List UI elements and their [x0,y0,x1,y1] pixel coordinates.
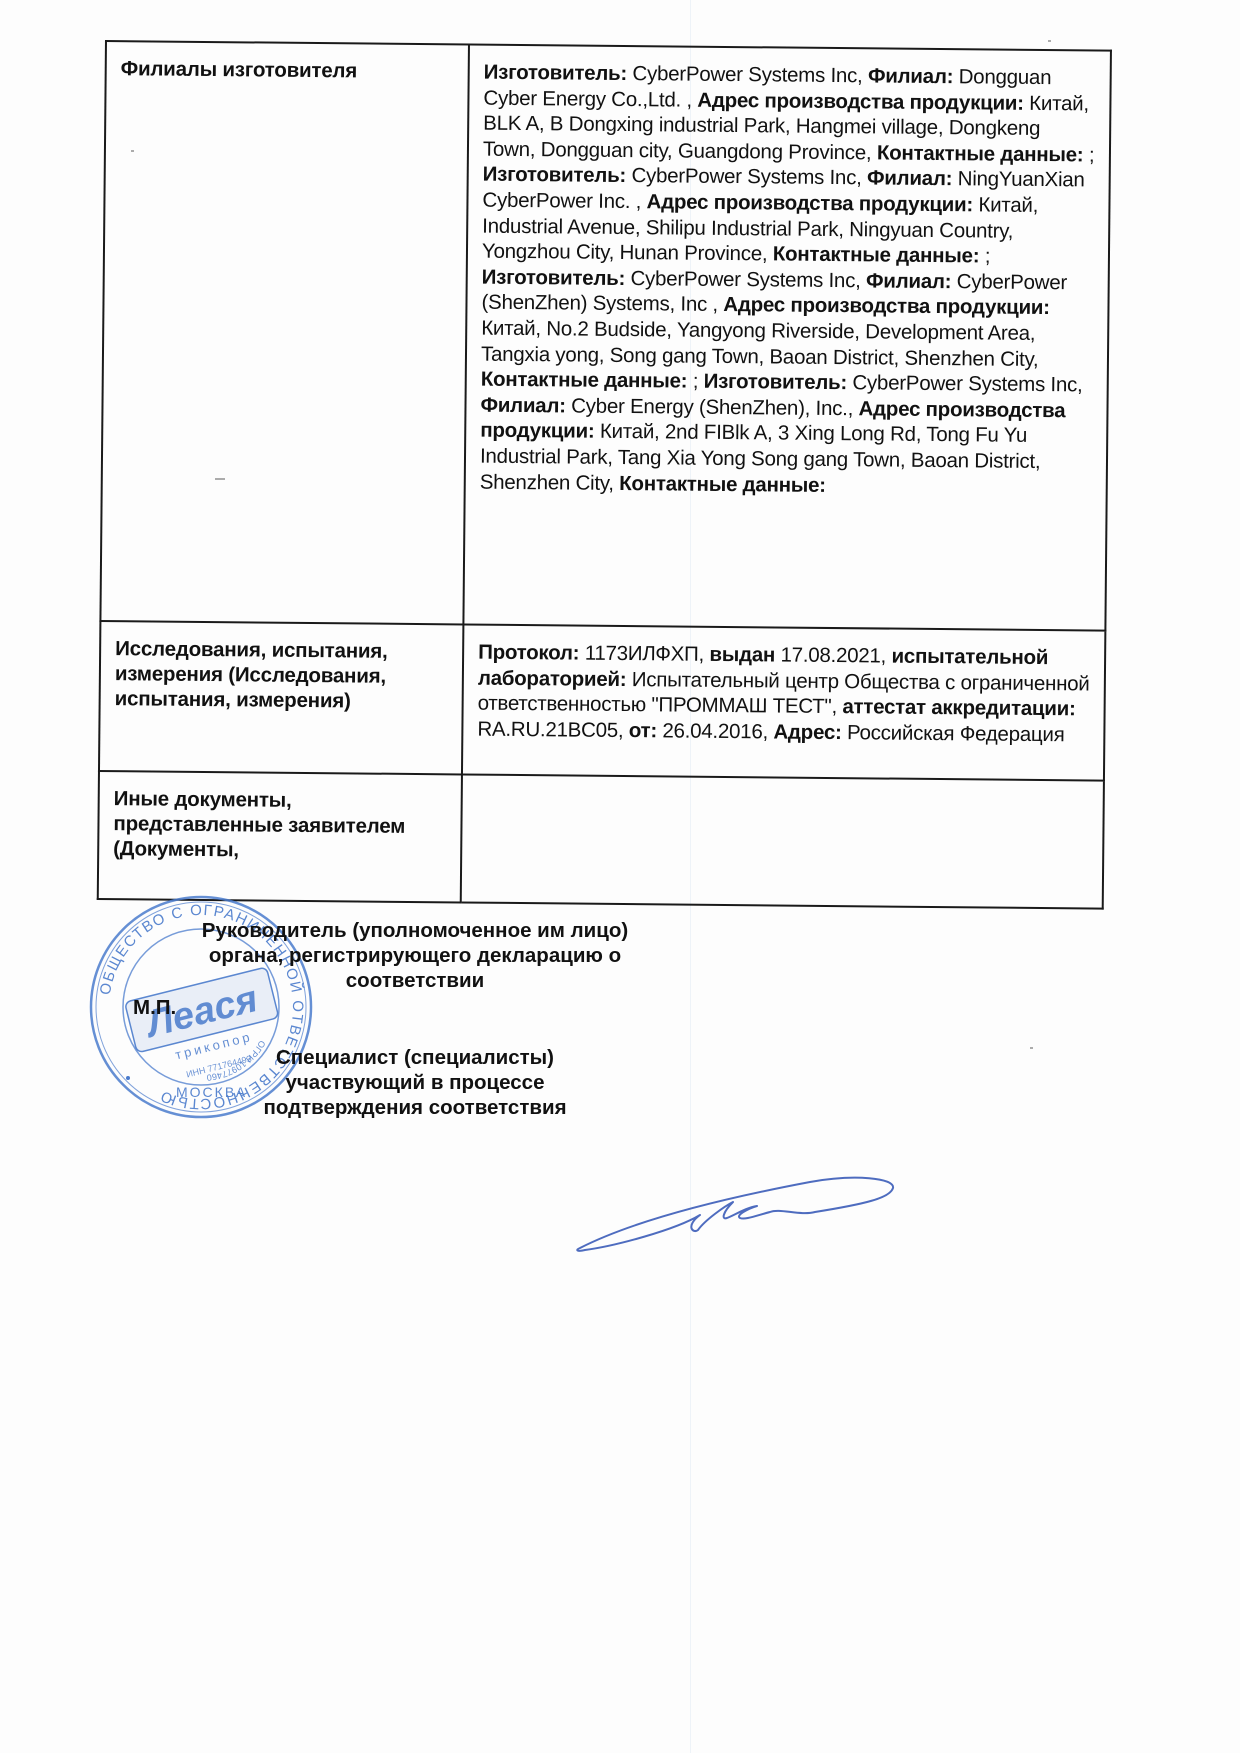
field-label: Адрес производства продукции: [697,88,1024,114]
field-label: Контактные данные: [877,141,1084,166]
field-label: Контактные данные: [619,471,826,496]
head-signatory-title: Руководитель (уполномоченное им лицо) ор… [200,918,630,993]
table-row-other-documents: Иные документы, представленные заявителе… [98,771,1104,909]
field-label: Филиал: [866,269,951,293]
field-label: Адрес производства продукции: [480,397,1065,443]
handwritten-signature [575,1160,905,1270]
scan-speck [1030,1047,1033,1049]
field-label: Изготовитель: [484,61,628,85]
row-value: Протокол: 1173ИЛФХП, выдан 17.08.2021, и… [462,624,1105,780]
scan-speck [131,150,134,152]
row-label: Исследования, испытания, измерения (Иссл… [99,621,463,774]
field-label: Изготовитель: [704,370,848,394]
field-label: Контактные данные: [773,243,980,268]
field-label: Адрес производства продукции: [646,190,973,216]
field-label: Адрес: [773,720,841,744]
seal-place-label: М.П. [133,996,176,1020]
field-label: Филиал: [868,64,953,88]
field-label: Протокол: [478,641,579,665]
field-label: аттестат аккредитации: [842,695,1075,720]
field-label: от: [629,719,657,742]
specialist-signatory-title: Специалист (специалисты) участвующий в п… [230,1045,600,1120]
document-page: Филиалы изготовителя Изготовитель: Cyber… [0,0,1240,1753]
scan-speck [215,478,225,480]
field-label: Контактные данные: [481,368,688,393]
row-value: Изготовитель: CyberPower Systems Inc, Фи… [463,44,1111,630]
row-value [461,774,1104,908]
table-row-manufacturer-branches: Филиалы изготовителя Изготовитель: Cyber… [100,41,1111,631]
row-label: Филиалы изготовителя [100,41,469,624]
field-label: выдан [709,643,775,667]
field-label: Изготовитель: [483,163,627,187]
field-label: Адрес производства продукции: [723,293,1050,319]
table-row-research-tests: Исследования, испытания, измерения (Иссл… [99,621,1105,781]
row-label: Иные документы, представленные заявителе… [98,771,462,902]
field-label: Изготовитель: [482,265,626,289]
field-label: Филиал: [480,393,565,417]
scan-speck [1048,40,1051,42]
field-label: Филиал: [867,167,952,191]
declaration-table: Филиалы изготовителя Изготовитель: Cyber… [97,40,1112,910]
